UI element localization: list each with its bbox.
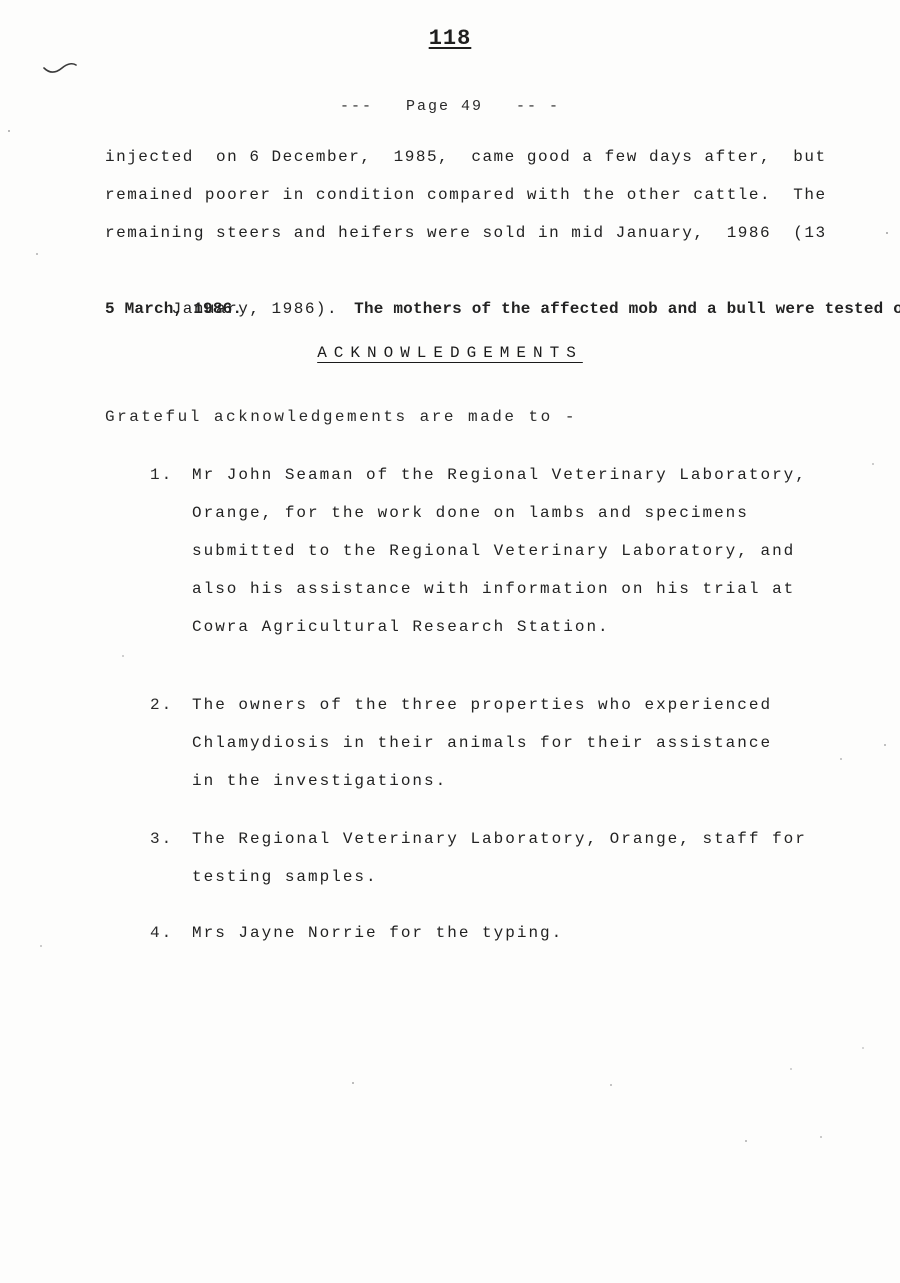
body-paragraph: injected on 6 December, 1985, came good … (105, 138, 865, 328)
paragraph-line: remained poorer in condition compared wi… (105, 176, 865, 214)
item-number: 1. (150, 456, 173, 494)
scanned-document-page: 118 --- Page 49 -- - injected on 6 Decem… (0, 0, 900, 1283)
item-line: Cowra Agricultural Research Station. (192, 608, 870, 646)
page-49-marker: --- Page 49 -- - (0, 98, 900, 115)
item-number: 3. (150, 820, 173, 858)
acknowledgements-intro: Grateful acknowledgements are made to - (105, 398, 577, 436)
acknowledgements-heading: ACKNOWLEDGEMENTS (0, 344, 900, 362)
item-line: Chlamydiosis in their animals for their … (192, 724, 870, 762)
item-line: Mr John Seaman of the Regional Veterinar… (192, 456, 870, 494)
item-number: 4. (150, 914, 173, 952)
handwritten-mark (42, 60, 78, 76)
item-text: Mr John Seaman of the Regional Veterinar… (192, 456, 870, 646)
paragraph-line-inserted-part: The mothers of the affected mob and a bu… (354, 300, 900, 318)
item-line: also his assistance with information on … (192, 570, 870, 608)
acknowledgement-item-2: 2. The owners of the three properties wh… (150, 686, 870, 800)
item-text: Mrs Jayne Norrie for the typing. (192, 914, 870, 952)
item-line: Mrs Jayne Norrie for the typing. (192, 914, 870, 952)
item-line: Orange, for the work done on lambs and s… (192, 494, 870, 532)
acknowledgement-item-4: 4. Mrs Jayne Norrie for the typing. (150, 914, 870, 952)
item-line: in the investigations. (192, 762, 870, 800)
item-line: The owners of the three properties who e… (192, 686, 870, 724)
acknowledgement-item-3: 3. The Regional Veterinary Laboratory, O… (150, 820, 870, 896)
page-number: 118 (0, 26, 900, 51)
scan-noise-specks (0, 0, 2, 2)
item-line: testing samples. (192, 858, 870, 896)
item-text: The owners of the three properties who e… (192, 686, 870, 800)
paragraph-line: January, 1986).The mothers of the affect… (105, 252, 865, 290)
paragraph-line: injected on 6 December, 1985, came good … (105, 138, 865, 176)
item-number: 2. (150, 686, 173, 724)
item-text: The Regional Veterinary Laboratory, Oran… (192, 820, 870, 896)
item-line: The Regional Veterinary Laboratory, Oran… (192, 820, 870, 858)
paragraph-line: remaining steers and heifers were sold i… (105, 214, 865, 252)
item-line: submitted to the Regional Veterinary Lab… (192, 532, 870, 570)
acknowledgement-item-1: 1. Mr John Seaman of the Regional Veteri… (150, 456, 870, 646)
